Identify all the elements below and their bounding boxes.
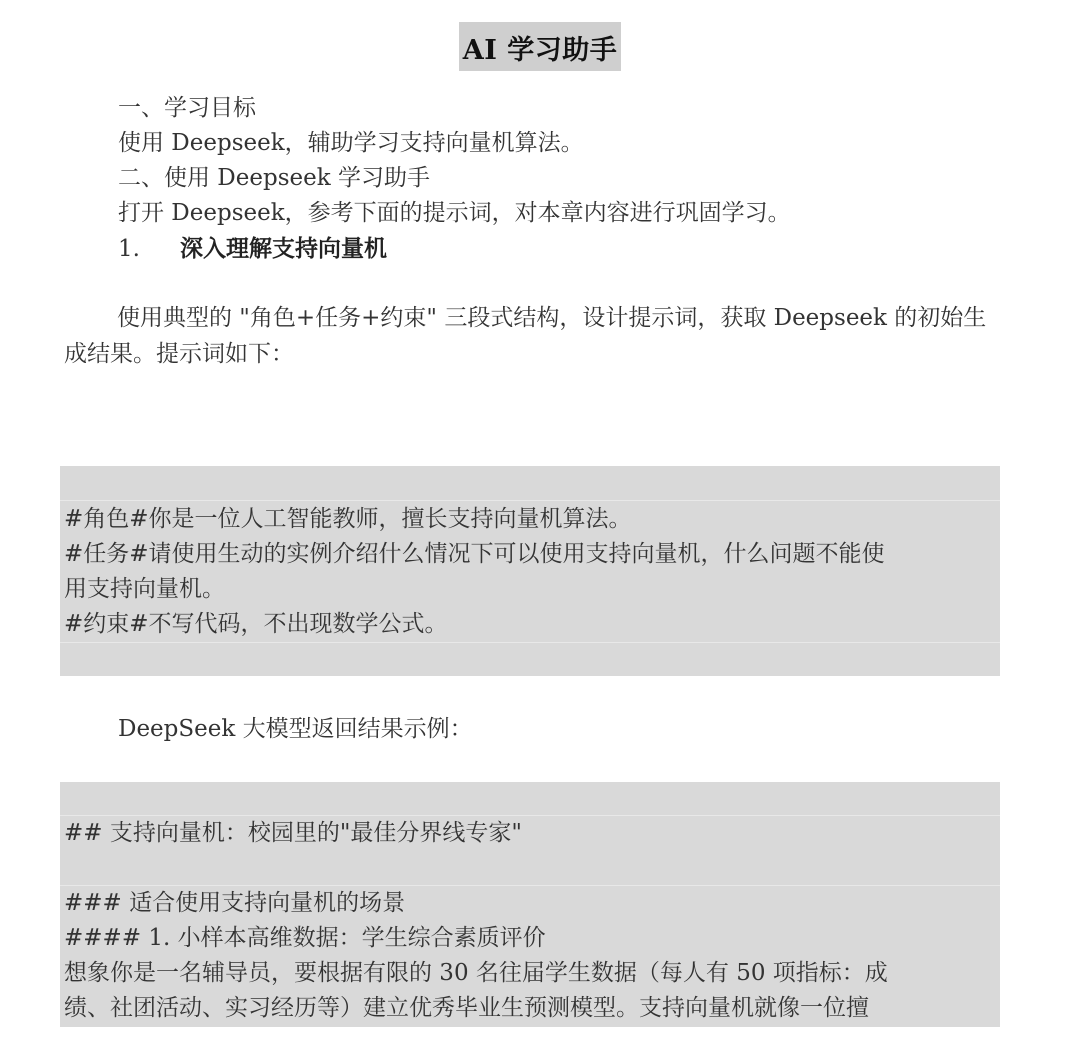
result-box: ## 支持向量机：校园里的"最佳分界线专家" ### 适合使用支持向量机的场景 … — [60, 782, 1000, 1027]
subsection-title: 深入理解支持向量机 — [180, 235, 387, 262]
divider — [60, 500, 1000, 501]
prompt-line-task: #任务#请使用生动的实例介绍什么情况下可以使用支持向量机，什么问题不能使 — [64, 537, 885, 571]
prompt-line-task-cont: 用支持向量机。 — [64, 572, 225, 606]
prompt-box: #角色#你是一位人工智能教师，擅长支持向量机算法。 #任务#请使用生动的实例介绍… — [60, 466, 1000, 676]
prompt-line-role: #角色#你是一位人工智能教师，擅长支持向量机算法。 — [64, 502, 632, 536]
result-body-line-1: 想象你是一名辅导员，要根据有限的 30 名往届学生数据（每人有 50 项指标：成 — [64, 956, 888, 990]
divider — [60, 642, 1000, 643]
intro-paragraph: 使用典型的 "角色+任务+约束" 三段式结构，设计提示词，获取 Deepseek… — [64, 300, 994, 372]
section-heading-goal: 一、学习目标 — [118, 92, 256, 124]
result-label: DeepSeek 大模型返回结果示例： — [118, 713, 473, 745]
result-heading-4: #### 1. 小样本高维数据：学生综合素质评价 — [64, 921, 546, 955]
section-heading-usage: 二、使用 Deepseek 学习助手 — [118, 162, 430, 194]
subsection-number: 1. — [118, 233, 180, 265]
subsection-heading: 1.深入理解支持向量机 — [118, 233, 387, 265]
goal-text: 使用 Deepseek，辅助学习支持向量机算法。 — [118, 127, 584, 159]
usage-text: 打开 Deepseek，参考下面的提示词，对本章内容进行巩固学习。 — [118, 197, 791, 229]
result-heading-3: ### 适合使用支持向量机的场景 — [64, 886, 405, 920]
title-container: AI 学习助手 — [0, 22, 1080, 71]
document-title: AI 学习助手 — [459, 22, 621, 71]
prompt-line-constraint: #约束#不写代码，不出现数学公式。 — [64, 607, 448, 641]
result-body-line-2: 绩、社团活动、实习经历等）建立优秀毕业生预测模型。支持向量机就像一位擅 — [64, 991, 869, 1025]
result-heading-2: ## 支持向量机：校园里的"最佳分界线专家" — [64, 816, 522, 850]
